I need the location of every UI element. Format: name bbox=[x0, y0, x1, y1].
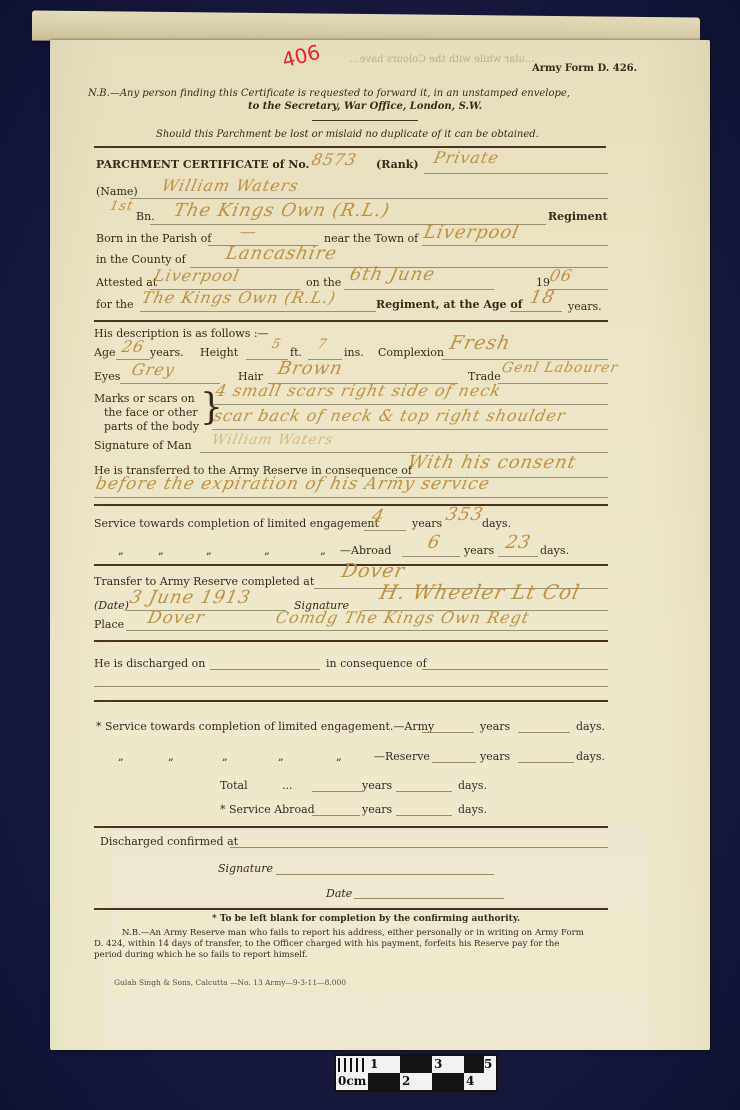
attested-place: Liverpool bbox=[152, 266, 242, 285]
attested-regiment: The Kings Own (R.L.) bbox=[140, 288, 338, 307]
certificate-number-label: PARCHMENT CERTIFICATE of No. bbox=[96, 158, 309, 171]
reserve-label: —Reserve bbox=[374, 750, 430, 763]
parish-label: Born in the Parish of bbox=[96, 232, 211, 245]
discharged-confirmed-label: Discharged confirmed at bbox=[100, 835, 238, 848]
footer-nb-line3: period during which he so fails to repor… bbox=[94, 950, 308, 960]
town-value: Liverpool bbox=[422, 222, 522, 243]
total-days-label: days. bbox=[458, 779, 487, 792]
transfer-completed-place: Dover bbox=[340, 560, 407, 582]
service-years-label: years bbox=[412, 517, 442, 530]
header-nb-line2: to the Secretary, War Office, London, S.… bbox=[248, 101, 482, 112]
attested-date: 6th June bbox=[348, 264, 438, 285]
height-feet: 5 bbox=[270, 337, 282, 352]
reserve-years-label: years bbox=[480, 750, 510, 763]
service-years: 4 bbox=[370, 506, 387, 527]
battalion-number: 1st bbox=[108, 199, 134, 214]
reserve-days-label: days. bbox=[576, 750, 605, 763]
marks-label-2: the face or other bbox=[104, 406, 198, 419]
total-years-label: years bbox=[362, 779, 392, 792]
place-value: Dover bbox=[146, 608, 207, 628]
footer-nb-line1: N.B.—An Army Reserve man who fails to re… bbox=[122, 928, 584, 938]
total-dots: ... bbox=[282, 779, 293, 792]
abroad-years-label: years bbox=[464, 544, 494, 557]
age-value: 26 bbox=[120, 337, 146, 356]
reserve-ditto-3: „ bbox=[222, 750, 228, 763]
scale-label-4: 4 bbox=[464, 1073, 496, 1090]
service-abroad-days-label: days. bbox=[458, 803, 487, 816]
abroad-label: —Abroad bbox=[340, 544, 391, 557]
army-years-label: years bbox=[480, 720, 510, 733]
ditto-5: „ bbox=[320, 544, 326, 557]
confirmed-signature-label: Signature bbox=[218, 862, 273, 875]
attested-age: 18 bbox=[528, 287, 557, 308]
printer-imprint: Gulab Singh & Sons, Calcutta —No. 13 Arm… bbox=[114, 978, 346, 987]
abroad-years: 6 bbox=[426, 532, 443, 553]
reserve-ditto-2: „ bbox=[168, 750, 174, 763]
bn-label: Bn. bbox=[136, 210, 155, 223]
place-label: Place bbox=[94, 618, 124, 631]
ditto-4: „ bbox=[264, 544, 270, 557]
confirmed-date-label: Date bbox=[326, 887, 352, 900]
scale-label-3: 3 bbox=[432, 1056, 464, 1073]
attested-year: 06 bbox=[548, 266, 574, 285]
inches-label: ins. bbox=[344, 346, 364, 359]
discharge-service-army-label: * Service towards completion of limited … bbox=[96, 720, 434, 733]
ditto-1: „ bbox=[118, 544, 124, 557]
height-label: Height bbox=[200, 346, 238, 359]
trade-value: Genl Labourer bbox=[500, 360, 620, 376]
age-at-attestation-label: Regiment, at the Age of bbox=[376, 298, 522, 311]
red-annotation: 406 bbox=[280, 40, 323, 73]
ditto-2: „ bbox=[158, 544, 164, 557]
abroad-days: 23 bbox=[504, 532, 533, 553]
rank-label: (Rank) bbox=[376, 158, 419, 171]
transfer-reason-line-2: before the expiration of his Army servic… bbox=[94, 474, 492, 494]
regiment-label: Regiment bbox=[548, 210, 608, 223]
discharged-on-label: He is discharged on bbox=[94, 657, 205, 670]
header-warning: Should this Parchment be lost or mislaid… bbox=[156, 129, 539, 140]
unit-name: The Kings Own (R.L.) bbox=[172, 200, 392, 221]
years-label: years. bbox=[568, 300, 602, 313]
header-nb-line1: N.B.—Any person finding this Certificate… bbox=[88, 88, 570, 99]
reserve-ditto-1: „ bbox=[118, 750, 124, 763]
marks-label-3: parts of the body bbox=[104, 420, 199, 433]
measurement-scale-bar: 1 3 5 0cm 2 4 bbox=[334, 1054, 498, 1092]
service-days-label: days. bbox=[482, 517, 511, 530]
county-label: in the County of bbox=[96, 253, 186, 266]
complexion-value: Fresh bbox=[448, 332, 513, 354]
ditto-3: „ bbox=[206, 544, 212, 557]
transfer-date: 3 June 1913 bbox=[128, 587, 253, 608]
scale-label-1: 1 bbox=[368, 1056, 400, 1073]
certificate-number: 8573 bbox=[310, 150, 359, 169]
hair-value: Brown bbox=[276, 358, 345, 379]
discharge-consequence-label: in consequence of bbox=[326, 657, 427, 670]
soldier-name: William Waters bbox=[160, 176, 301, 195]
eyes-value: Grey bbox=[130, 360, 177, 379]
description-heading: His description is as follows :— bbox=[94, 327, 269, 340]
marks-label-1: Marks or scars on bbox=[94, 392, 195, 405]
height-inches: 7 bbox=[316, 337, 328, 352]
scale-label-2: 2 bbox=[400, 1073, 432, 1090]
marks-line-2: scar back of neck & top right shoulder bbox=[212, 406, 568, 425]
transfer-date-label: (Date) bbox=[94, 599, 129, 612]
name-label: (Name) bbox=[96, 185, 138, 198]
rank-value: Private bbox=[432, 148, 501, 167]
parish-value: — bbox=[238, 222, 259, 241]
bleed-through-text: ...ular while with the Colours have... bbox=[350, 54, 534, 65]
scale-label-5: 5 bbox=[482, 1056, 496, 1073]
scale-label-0cm: 0cm bbox=[336, 1073, 368, 1090]
reserve-ditto-5: „ bbox=[336, 750, 342, 763]
reserve-ditto-4: „ bbox=[278, 750, 284, 763]
place-commanding-title: Comdg The Kings Own Regt bbox=[274, 608, 531, 627]
age-label: Age bbox=[94, 346, 116, 359]
service-days: 353 bbox=[444, 504, 486, 525]
army-days-label: days. bbox=[576, 720, 605, 733]
county-value: Lancashire bbox=[224, 243, 339, 264]
form-id: Army Form D. 426. bbox=[532, 63, 637, 74]
transfer-reason-line-1: With his consent bbox=[406, 452, 578, 473]
transfer-signature: H. Wheeler Lt Col bbox=[377, 580, 582, 604]
complexion-label: Complexion bbox=[378, 346, 444, 359]
for-the-label: for the bbox=[96, 298, 133, 311]
signature-of-man: William Waters bbox=[210, 432, 335, 448]
footer-nb-line2: D. 424, within 14 days of transfer, to t… bbox=[94, 939, 559, 949]
age-years-label: years. bbox=[150, 346, 184, 359]
marks-line-1: 4 small scars right side of neck bbox=[214, 381, 503, 400]
service-abroad-years-label: years bbox=[362, 803, 392, 816]
service-abroad-label: * Service Abroad bbox=[220, 803, 315, 816]
abroad-days-label: days. bbox=[540, 544, 569, 557]
total-label: Total bbox=[220, 779, 248, 792]
eyes-label: Eyes bbox=[94, 370, 120, 383]
signature-of-man-label: Signature of Man bbox=[94, 439, 192, 452]
footnote: * To be left blank for completion by the… bbox=[212, 914, 520, 924]
service-label: Service towards completion of limited en… bbox=[94, 517, 379, 530]
scale-mm-ticks bbox=[338, 1058, 368, 1072]
parchment-certificate: 406 ...ular while with the Colours have.… bbox=[50, 40, 710, 1050]
